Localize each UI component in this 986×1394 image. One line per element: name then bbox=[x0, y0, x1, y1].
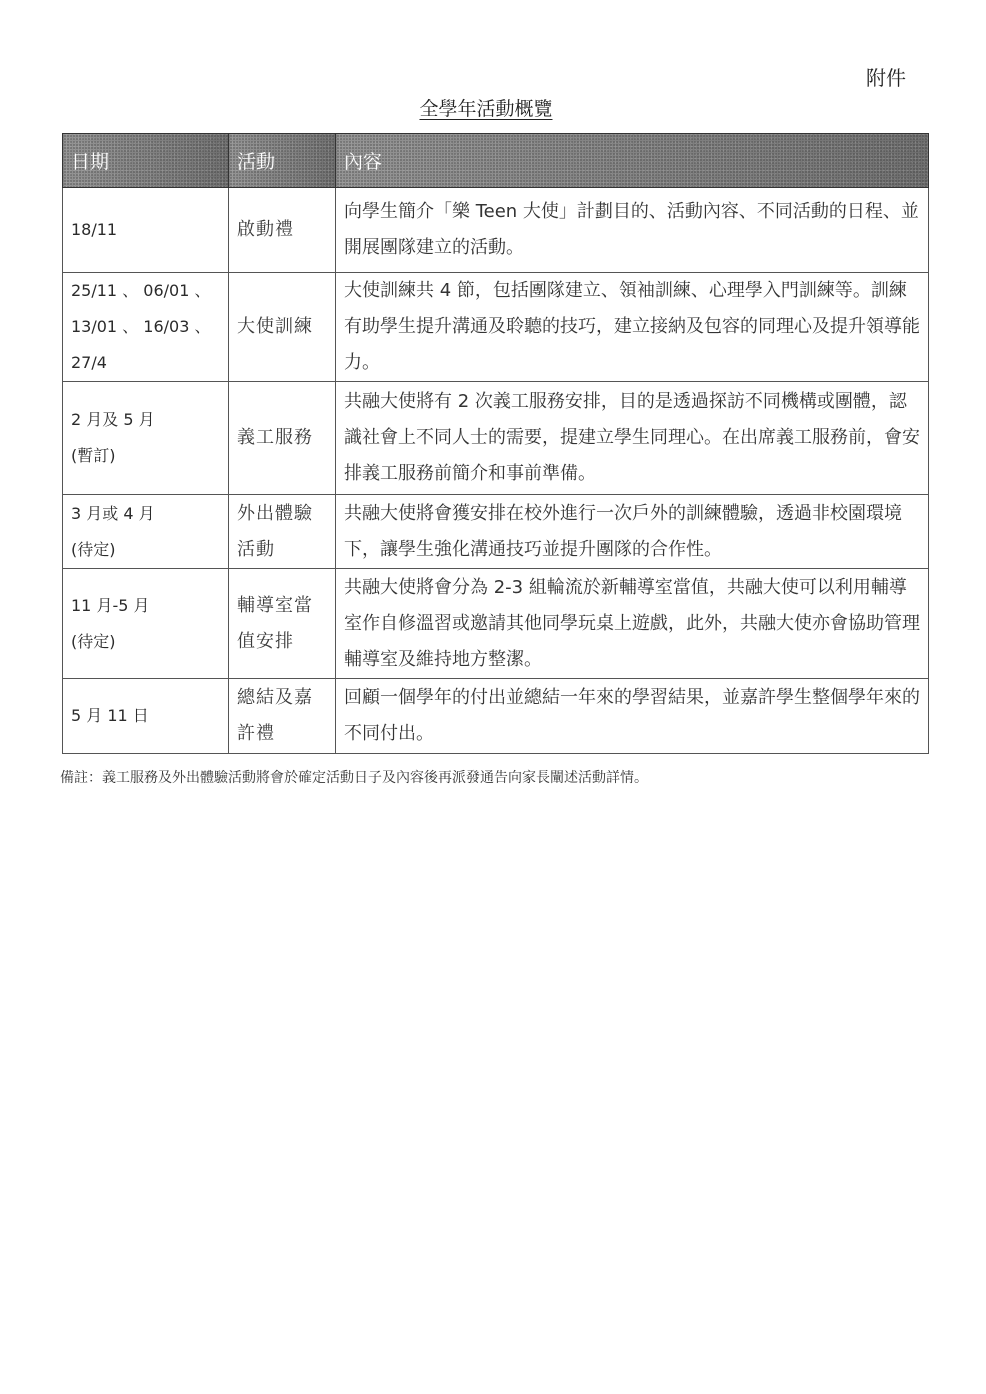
table-row: 3 月或 4 月 (待定) 外出體驗活動 共融大使將會獲安排在校外進行一次戶外的… bbox=[63, 495, 929, 569]
activity-cell: 輔導室當值安排 bbox=[229, 569, 336, 679]
table-row: 11 月-5 月 (待定) 輔導室當值安排 共融大使將會分為 2-3 組輪流於新… bbox=[63, 569, 929, 679]
table-row: 2 月及 5 月 (暫訂) 義工服務 共融大使將有 2 次義工服務安排，目的是透… bbox=[63, 382, 929, 495]
date-line: 18/11 bbox=[71, 212, 220, 248]
date-cell: 11 月-5 月 (待定) bbox=[63, 569, 229, 679]
column-header-content: 內容 bbox=[336, 134, 929, 188]
date-line: (待定) bbox=[71, 624, 220, 660]
table-header-row: 日期 活動 內容 bbox=[63, 134, 929, 188]
date-line: 27/4 bbox=[71, 345, 220, 381]
remark-note: 備註：義工服務及外出體驗活動將會於確定活動日子及內容後再派發通告向家長闡述活動詳… bbox=[60, 767, 648, 787]
content-cell: 共融大使將會獲安排在校外進行一次戶外的訓練體驗，透過非校園環境下，讓學生強化溝通… bbox=[336, 495, 929, 569]
document-title-text: 全學年活動概覽 bbox=[419, 98, 552, 120]
document-title: 全學年活動概覽 bbox=[0, 94, 986, 121]
date-cell: 18/11 bbox=[63, 188, 229, 273]
table-row: 25/11 、 06/01 、 13/01 、 16/03 、 27/4 大使訓… bbox=[63, 273, 929, 382]
content-cell: 共融大使將有 2 次義工服務安排，目的是透過探訪不同機構或團體，認識社會上不同人… bbox=[336, 382, 929, 495]
content-cell: 向學生簡介「樂 Teen 大使」計劃目的、活動內容、不同活動的日程、並開展團隊建… bbox=[336, 188, 929, 273]
activity-cell: 大使訓練 bbox=[229, 273, 336, 382]
date-cell: 25/11 、 06/01 、 13/01 、 16/03 、 27/4 bbox=[63, 273, 229, 382]
activity-overview-table: 日期 活動 內容 18/11 啟動禮 向學生簡介「樂 Teen 大使」計劃目的、… bbox=[62, 133, 929, 754]
activity-cell: 總結及嘉許禮 bbox=[229, 679, 336, 754]
date-cell: 2 月及 5 月 (暫訂) bbox=[63, 382, 229, 495]
content-cell: 回顧一個學年的付出並總結一年來的學習結果，並嘉許學生整個學年來的不同付出。 bbox=[336, 679, 929, 754]
date-line: (待定) bbox=[71, 532, 220, 568]
date-line: 13/01 、 16/03 、 bbox=[71, 309, 220, 345]
date-line: 5 月 11 日 bbox=[71, 698, 220, 734]
date-line: 3 月或 4 月 bbox=[71, 496, 220, 532]
date-line: 25/11 、 06/01 、 bbox=[71, 273, 220, 309]
table-row: 18/11 啟動禮 向學生簡介「樂 Teen 大使」計劃目的、活動內容、不同活動… bbox=[63, 188, 929, 273]
date-cell: 3 月或 4 月 (待定) bbox=[63, 495, 229, 569]
activity-cell: 啟動禮 bbox=[229, 188, 336, 273]
date-line: 11 月-5 月 bbox=[71, 588, 220, 624]
column-header-date: 日期 bbox=[63, 134, 229, 188]
date-cell: 5 月 11 日 bbox=[63, 679, 229, 754]
activity-cell: 義工服務 bbox=[229, 382, 336, 495]
date-line: (暫訂) bbox=[71, 438, 220, 474]
column-header-activity: 活動 bbox=[229, 134, 336, 188]
content-cell: 共融大使將會分為 2-3 組輪流於新輔導室當值，共融大使可以利用輔導室作自修溫習… bbox=[336, 569, 929, 679]
activity-cell: 外出體驗活動 bbox=[229, 495, 336, 569]
attachment-label: 附件 bbox=[866, 62, 906, 91]
date-line: 2 月及 5 月 bbox=[71, 402, 220, 438]
table-row: 5 月 11 日 總結及嘉許禮 回顧一個學年的付出並總結一年來的學習結果，並嘉許… bbox=[63, 679, 929, 754]
content-cell: 大使訓練共 4 節，包括團隊建立、領袖訓練、心理學入門訓練等。訓練有助學生提升溝… bbox=[336, 273, 929, 382]
